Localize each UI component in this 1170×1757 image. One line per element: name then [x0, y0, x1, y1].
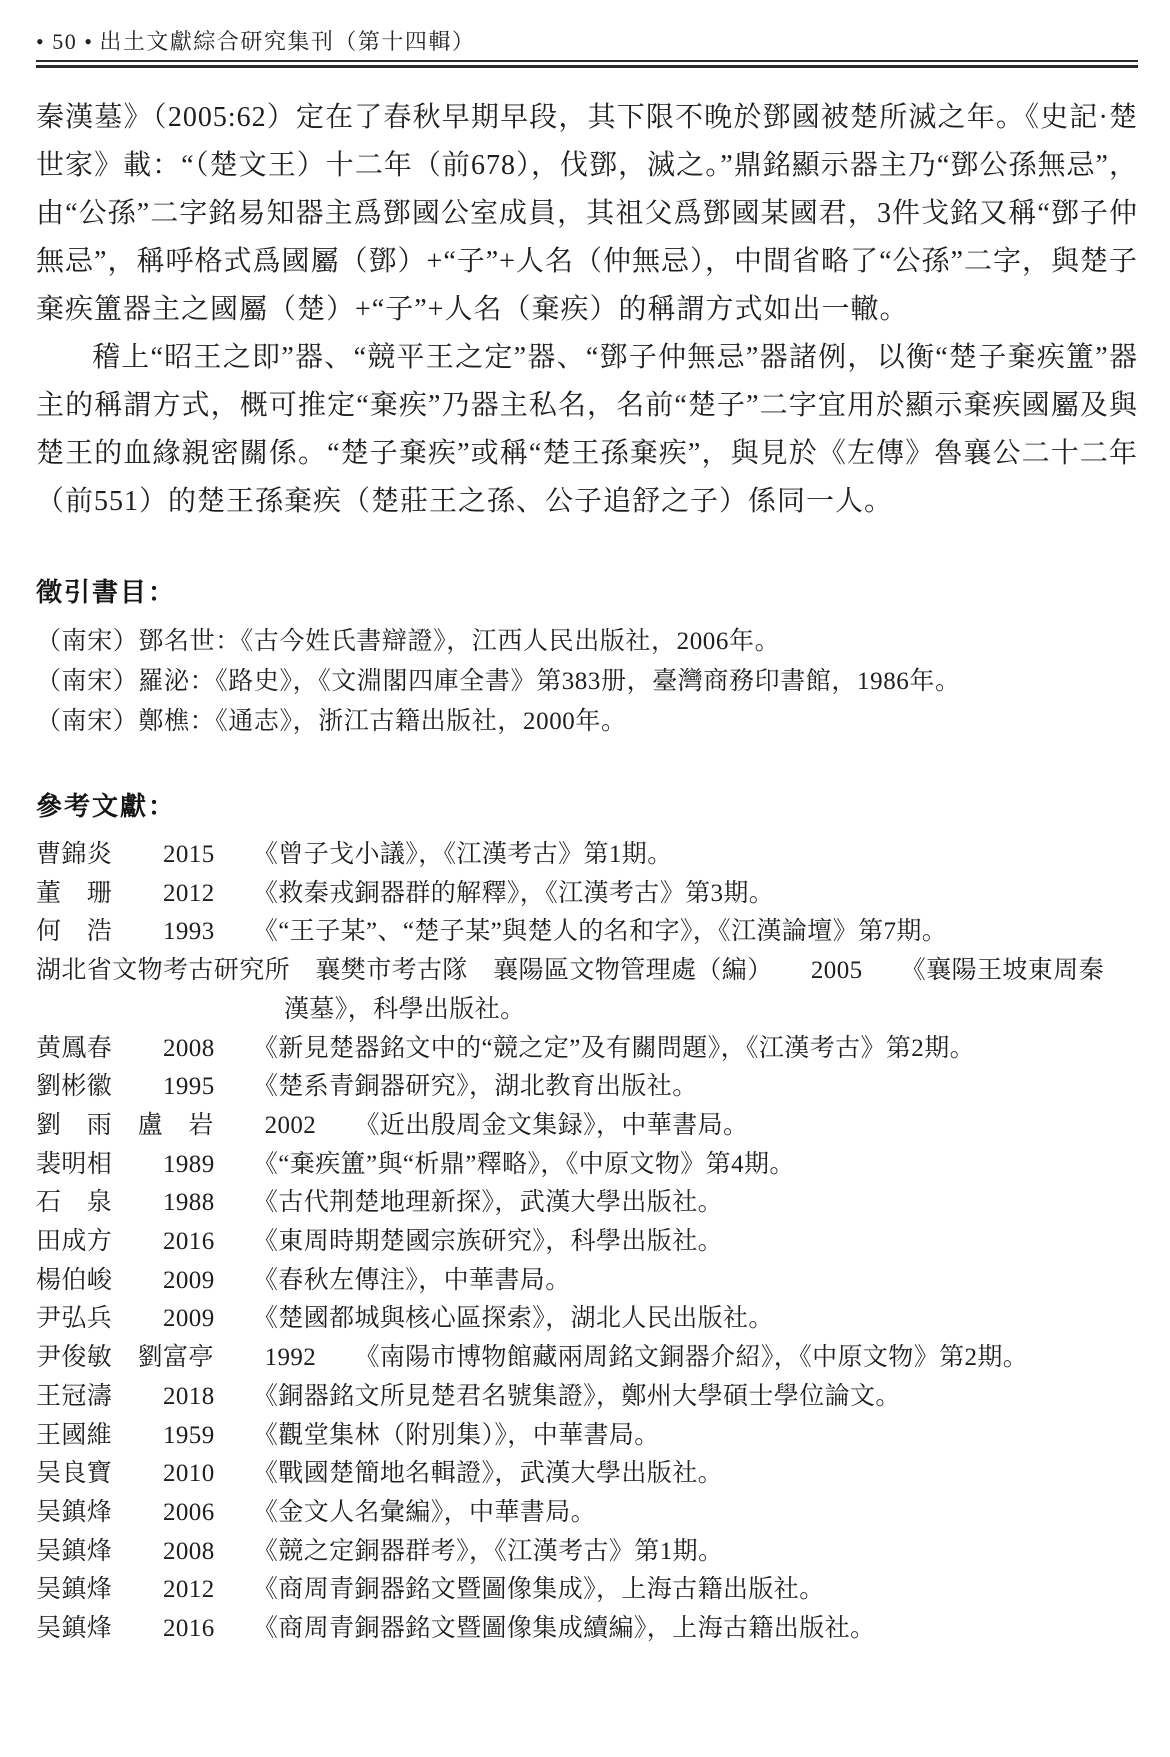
reference-item: 劉 雨 盧 岩 2002 《近出殷周金文集録》，中華書局。	[36, 1107, 1138, 1146]
reference-item: 何 浩 1993 《“王子某”、“楚子某”與楚人的名和字》，《江漢論壇》第7期。	[36, 913, 1138, 952]
reference-item: 尹俊敏 劉富亭 1992 《南陽市博物館藏兩周銘文銅器介紹》，《中原文物》第2期…	[36, 1339, 1138, 1378]
page-number: • 50 •	[36, 29, 93, 54]
cited-book-item: （南宋）鄭樵：《通志》，浙江古籍出版社，2000年。	[36, 702, 1138, 742]
page-header: • 50 •出土文獻綜合研究集刊（第十四輯）	[36, 26, 1138, 58]
reference-item: 石 泉 1988 《古代荆楚地理新探》，武漢大學出版社。	[36, 1184, 1138, 1223]
reference-item: 楊伯峻 2009 《春秋左傳注》，中華書局。	[36, 1262, 1138, 1301]
paragraph-continuation: 秦漢墓》（2005:62）定在了春秋早期早段，其下限不晚於鄧國被楚所滅之年。《史…	[36, 94, 1138, 334]
reference-item: 吴鎮烽 2012 《商周青銅器銘文暨圖像集成》，上海古籍出版社。	[36, 1571, 1138, 1610]
reference-item: 吴鎮烽 2006 《金文人名彙編》，中華書局。	[36, 1494, 1138, 1533]
reference-item: 王冠濤 2018 《銅器銘文所見楚君名號集證》，鄭州大學碩士學位論文。	[36, 1378, 1138, 1417]
page: • 50 •出土文獻綜合研究集刊（第十四輯） 秦漢墓》（2005:62）定在了春…	[0, 0, 1170, 1757]
reference-item: 吴鎮烽 2016 《商周青銅器銘文暨圖像集成續編》，上海古籍出版社。	[36, 1610, 1138, 1649]
reference-item: 吴良寶 2010 《戰國楚簡地名輯證》，武漢大學出版社。	[36, 1455, 1138, 1494]
reference-item: 湖北省文物考古研究所 襄樊市考古隊 襄陽區文物管理處（編） 2005 《襄陽王坡…	[36, 952, 1138, 1029]
reference-item: 劉彬徽 1995 《楚系青銅器研究》，湖北教育出版社。	[36, 1068, 1138, 1107]
reference-item: 吴鎮烽 2008 《競之定銅器群考》，《江漢考古》第1期。	[36, 1533, 1138, 1572]
references-section: 參考文獻： 曹錦炎 2015 《曾子戈小議》，《江漢考古》第1期。 董 珊 20…	[36, 788, 1138, 1649]
references-heading: 參考文獻：	[36, 788, 1138, 824]
journal-title: 出土文獻綜合研究集刊（第十四輯）	[99, 29, 475, 54]
cited-books-heading: 徵引書目：	[36, 574, 1138, 610]
reference-item: 曹錦炎 2015 《曾子戈小議》，《江漢考古》第1期。	[36, 836, 1138, 875]
reference-item: 董 珊 2012 《救秦戎銅器群的解釋》，《江漢考古》第3期。	[36, 875, 1138, 914]
cited-book-item: （南宋）羅泌：《路史》，《文淵閣四庫全書》第383册，臺灣商務印書館，1986年…	[36, 662, 1138, 702]
paragraph-2: 稽上“昭王之即”器、“競平王之定”器、“鄧子仲無忌”器諸例，以衡“楚子棄疾簠”器…	[36, 334, 1138, 526]
reference-item: 黄鳳春 2008 《新見楚器銘文中的“競之定”及有關問題》，《江漢考古》第2期。	[36, 1030, 1138, 1069]
cited-book-item: （南宋）鄧名世：《古今姓氏書辯證》，江西人民出版社，2006年。	[36, 622, 1138, 662]
reference-item: 王國維 1959 《觀堂集林（附別集）》，中華書局。	[36, 1417, 1138, 1456]
body-text: 秦漢墓》（2005:62）定在了春秋早期早段，其下限不晚於鄧國被楚所滅之年。《史…	[36, 94, 1138, 526]
reference-item: 田成方 2016 《東周時期楚國宗族研究》，科學出版社。	[36, 1223, 1138, 1262]
cited-books-section: 徵引書目： （南宋）鄧名世：《古今姓氏書辯證》，江西人民出版社，2006年。 （…	[36, 574, 1138, 742]
reference-item: 尹弘兵 2009 《楚國都城與核心區探索》，湖北人民出版社。	[36, 1300, 1138, 1339]
reference-item: 裴明相 1989 《“棄疾簠”與“析鼎”釋略》，《中原文物》第4期。	[36, 1146, 1138, 1185]
header-rule	[36, 60, 1138, 68]
